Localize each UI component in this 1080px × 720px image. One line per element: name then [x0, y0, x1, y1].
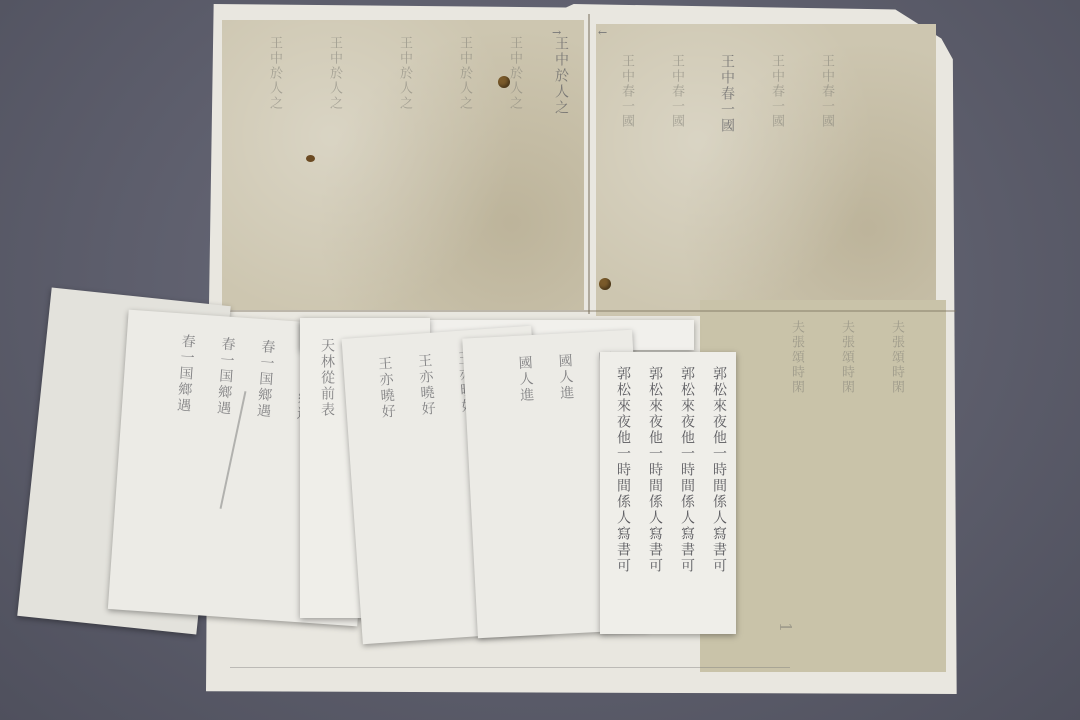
handwriting-column: 郭松來夜他一時間係人寫書可 — [709, 366, 728, 626]
handwriting-column: 王中春一國 — [767, 54, 786, 304]
handwriting-column: 郭松來夜他一時間係人寫書可 — [613, 366, 632, 626]
handwriting-column: 王中春一國 — [817, 54, 836, 304]
handwriting-column: 王中春一國 — [667, 54, 686, 304]
handwriting-column: 春一国鄉遇 — [160, 333, 197, 594]
aged-panel-lower-right: 夫張頌時閑 夫張頌時閑 夫張頌時閑 1 — [700, 300, 946, 672]
pin-hole-icon — [498, 76, 510, 88]
handwriting-column: 郭松來夜他一時間係人寫書可 — [677, 366, 696, 626]
handwriting-column: 王中春一國 — [717, 54, 736, 304]
handwriting-column: 夫張頌時閑 — [887, 320, 906, 540]
handwriting-column: 王中春一國 — [617, 54, 636, 304]
fold-line-horizontal — [216, 310, 956, 312]
fold-line-vertical — [588, 14, 590, 314]
aged-panel-right: 王中春一國 王中春一國 王中春一國 王中春一國 王中春一國 — [596, 24, 936, 316]
page-number-mark: 1 — [776, 622, 795, 634]
handwriting-column: 王中於人之 — [505, 36, 524, 296]
stain-mark — [306, 155, 315, 162]
handwriting-column: 郭松來夜他一時間係人寫書可 — [645, 366, 664, 626]
handwriting-column: 王中於人之 — [325, 36, 344, 296]
handwriting-column: 國人進 — [554, 353, 587, 614]
handwriting-column: 春一国鄉遇 — [240, 339, 277, 600]
handwriting-column: 王中於人之 — [265, 36, 284, 296]
handwriting-column: 國人進 — [514, 355, 547, 616]
arrow-mark-icon: → — [552, 26, 561, 39]
handwriting-column: 王中於人之 — [551, 36, 570, 296]
handwriting-column: 王中於人之 — [455, 36, 474, 296]
handwriting-column: 天林從前表 — [317, 338, 336, 598]
arrow-mark-icon: ← — [598, 26, 607, 39]
handwriting-column: 王亦曉好 — [414, 353, 451, 614]
handwriting-column: 夫張頌時閑 — [837, 320, 856, 540]
ruled-line — [230, 667, 790, 668]
handwriting-column: 春一国鄉遇 — [200, 336, 237, 597]
handwriting-column: 王中於人之 — [395, 36, 414, 296]
aged-panel-left: 王中於人之 王中於人之 王中於人之 王中於人之 王中於人之 王中於人之 — [222, 20, 584, 310]
loose-sheet-6: 郭松來夜他一時間係人寫書可 郭松來夜他一時間係人寫書可 郭松來夜他一時間係人寫書… — [600, 352, 736, 634]
pin-hole-icon — [599, 278, 611, 290]
handwriting-column: 夫張頌時閑 — [787, 320, 806, 540]
handwriting-column: 王亦曉好 — [374, 355, 411, 616]
